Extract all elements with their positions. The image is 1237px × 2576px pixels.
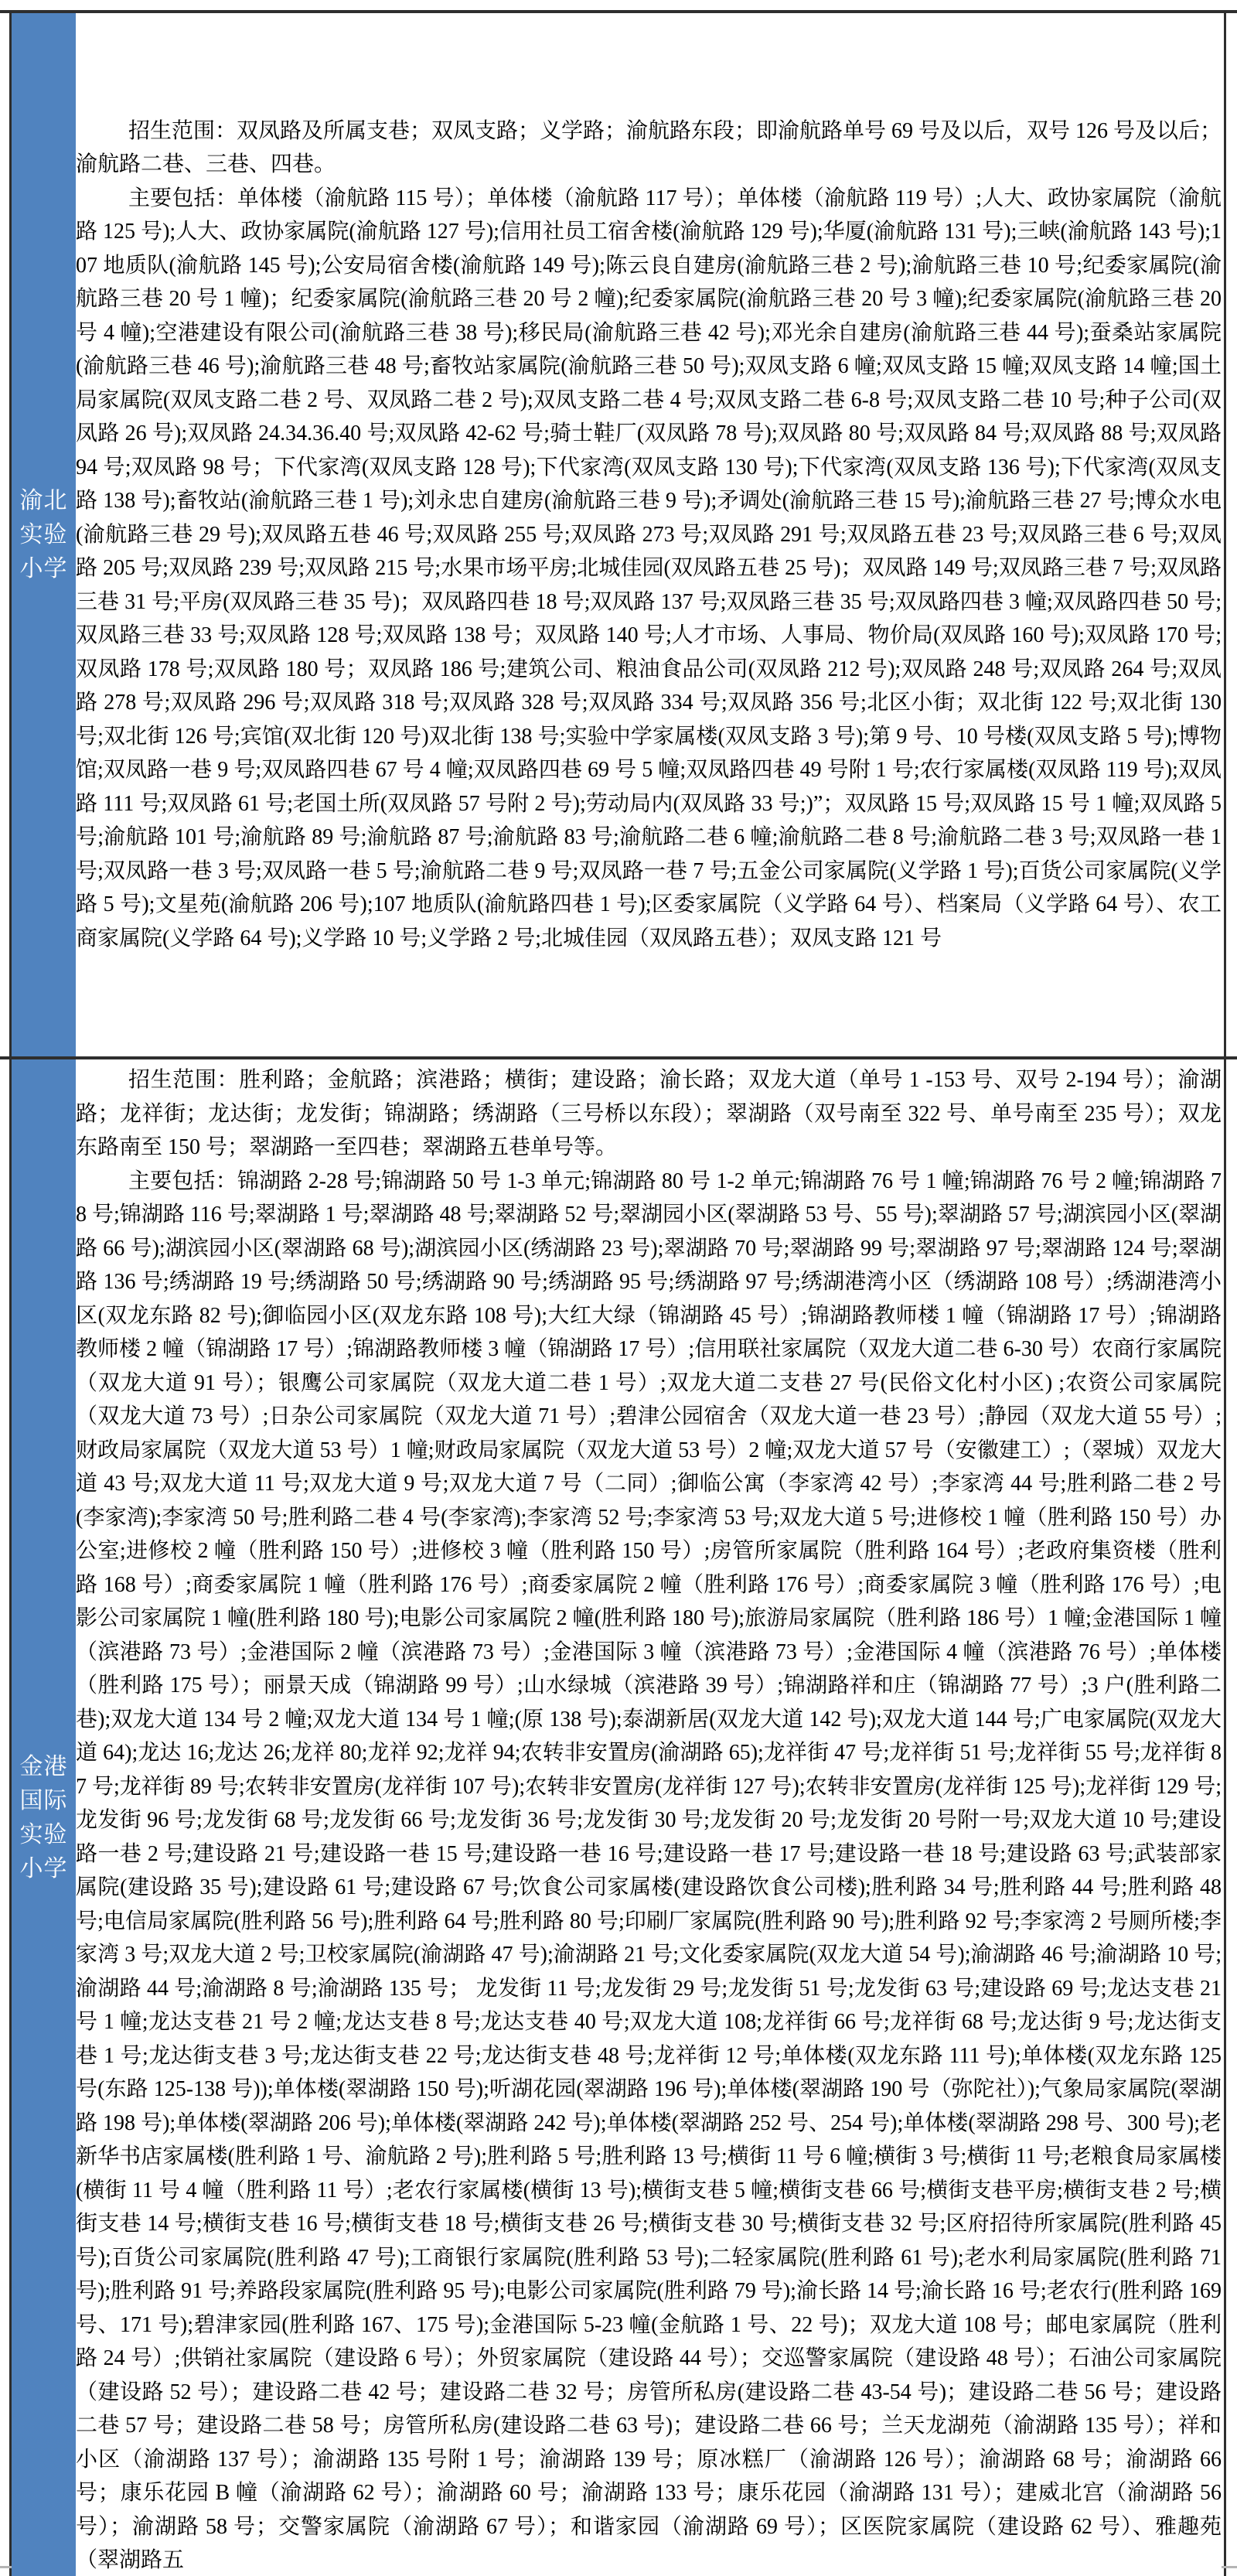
- school-name-label-line: 金港: [20, 1750, 68, 1784]
- school-name-label-line: 实验: [20, 1818, 68, 1852]
- school-name-label-line: 国际: [20, 1784, 68, 1818]
- school-name-label-line: 小学: [20, 552, 68, 586]
- school-row-content-yubei: 招生范围：双凤路及所属支巷；双凤支路；义学路；渝航路东段；即渝航路单号 69 号…: [76, 13, 1222, 1056]
- included-addresses-paragraph: 主要包括：锦湖路 2-28 号;锦湖路 50 号 1-3 单元;锦湖路 80 号…: [76, 1165, 1222, 2576]
- enrollment-scope-paragraph: 招生范围：双凤路及所属支巷；双凤支路；义学路；渝航路东段；即渝航路单号 69 号…: [76, 114, 1222, 182]
- school-label-yubei-experimental-primary: 渝北 实验 小学: [12, 13, 76, 1056]
- school-name-label-line: 实验: [20, 518, 68, 552]
- school-name-label-line: 渝北: [20, 484, 68, 518]
- enrollment-scope-paragraph: 招生范围：胜利路；金航路；滨港路；横街；建设路；渝长路；双龙大道（单号 1 -1…: [76, 1063, 1222, 1165]
- school-row-content-jingang: 招生范围：胜利路；金航路；滨港路；横街；建设路；渝长路；双龙大道（单号 1 -1…: [76, 1059, 1222, 2576]
- included-addresses-paragraph: 主要包括：单体楼（渝航路 115 号）；单体楼（渝航路 117 号）；单体楼（渝…: [76, 182, 1222, 956]
- school-name-label-line: 小学: [20, 1852, 68, 1886]
- table-border-right: [1224, 10, 1226, 2576]
- page: { "colors": { "label_background": "#5083…: [0, 0, 1237, 2576]
- school-label-jingang-international-experimental-primary: 金港 国际 实验 小学: [12, 1059, 76, 2576]
